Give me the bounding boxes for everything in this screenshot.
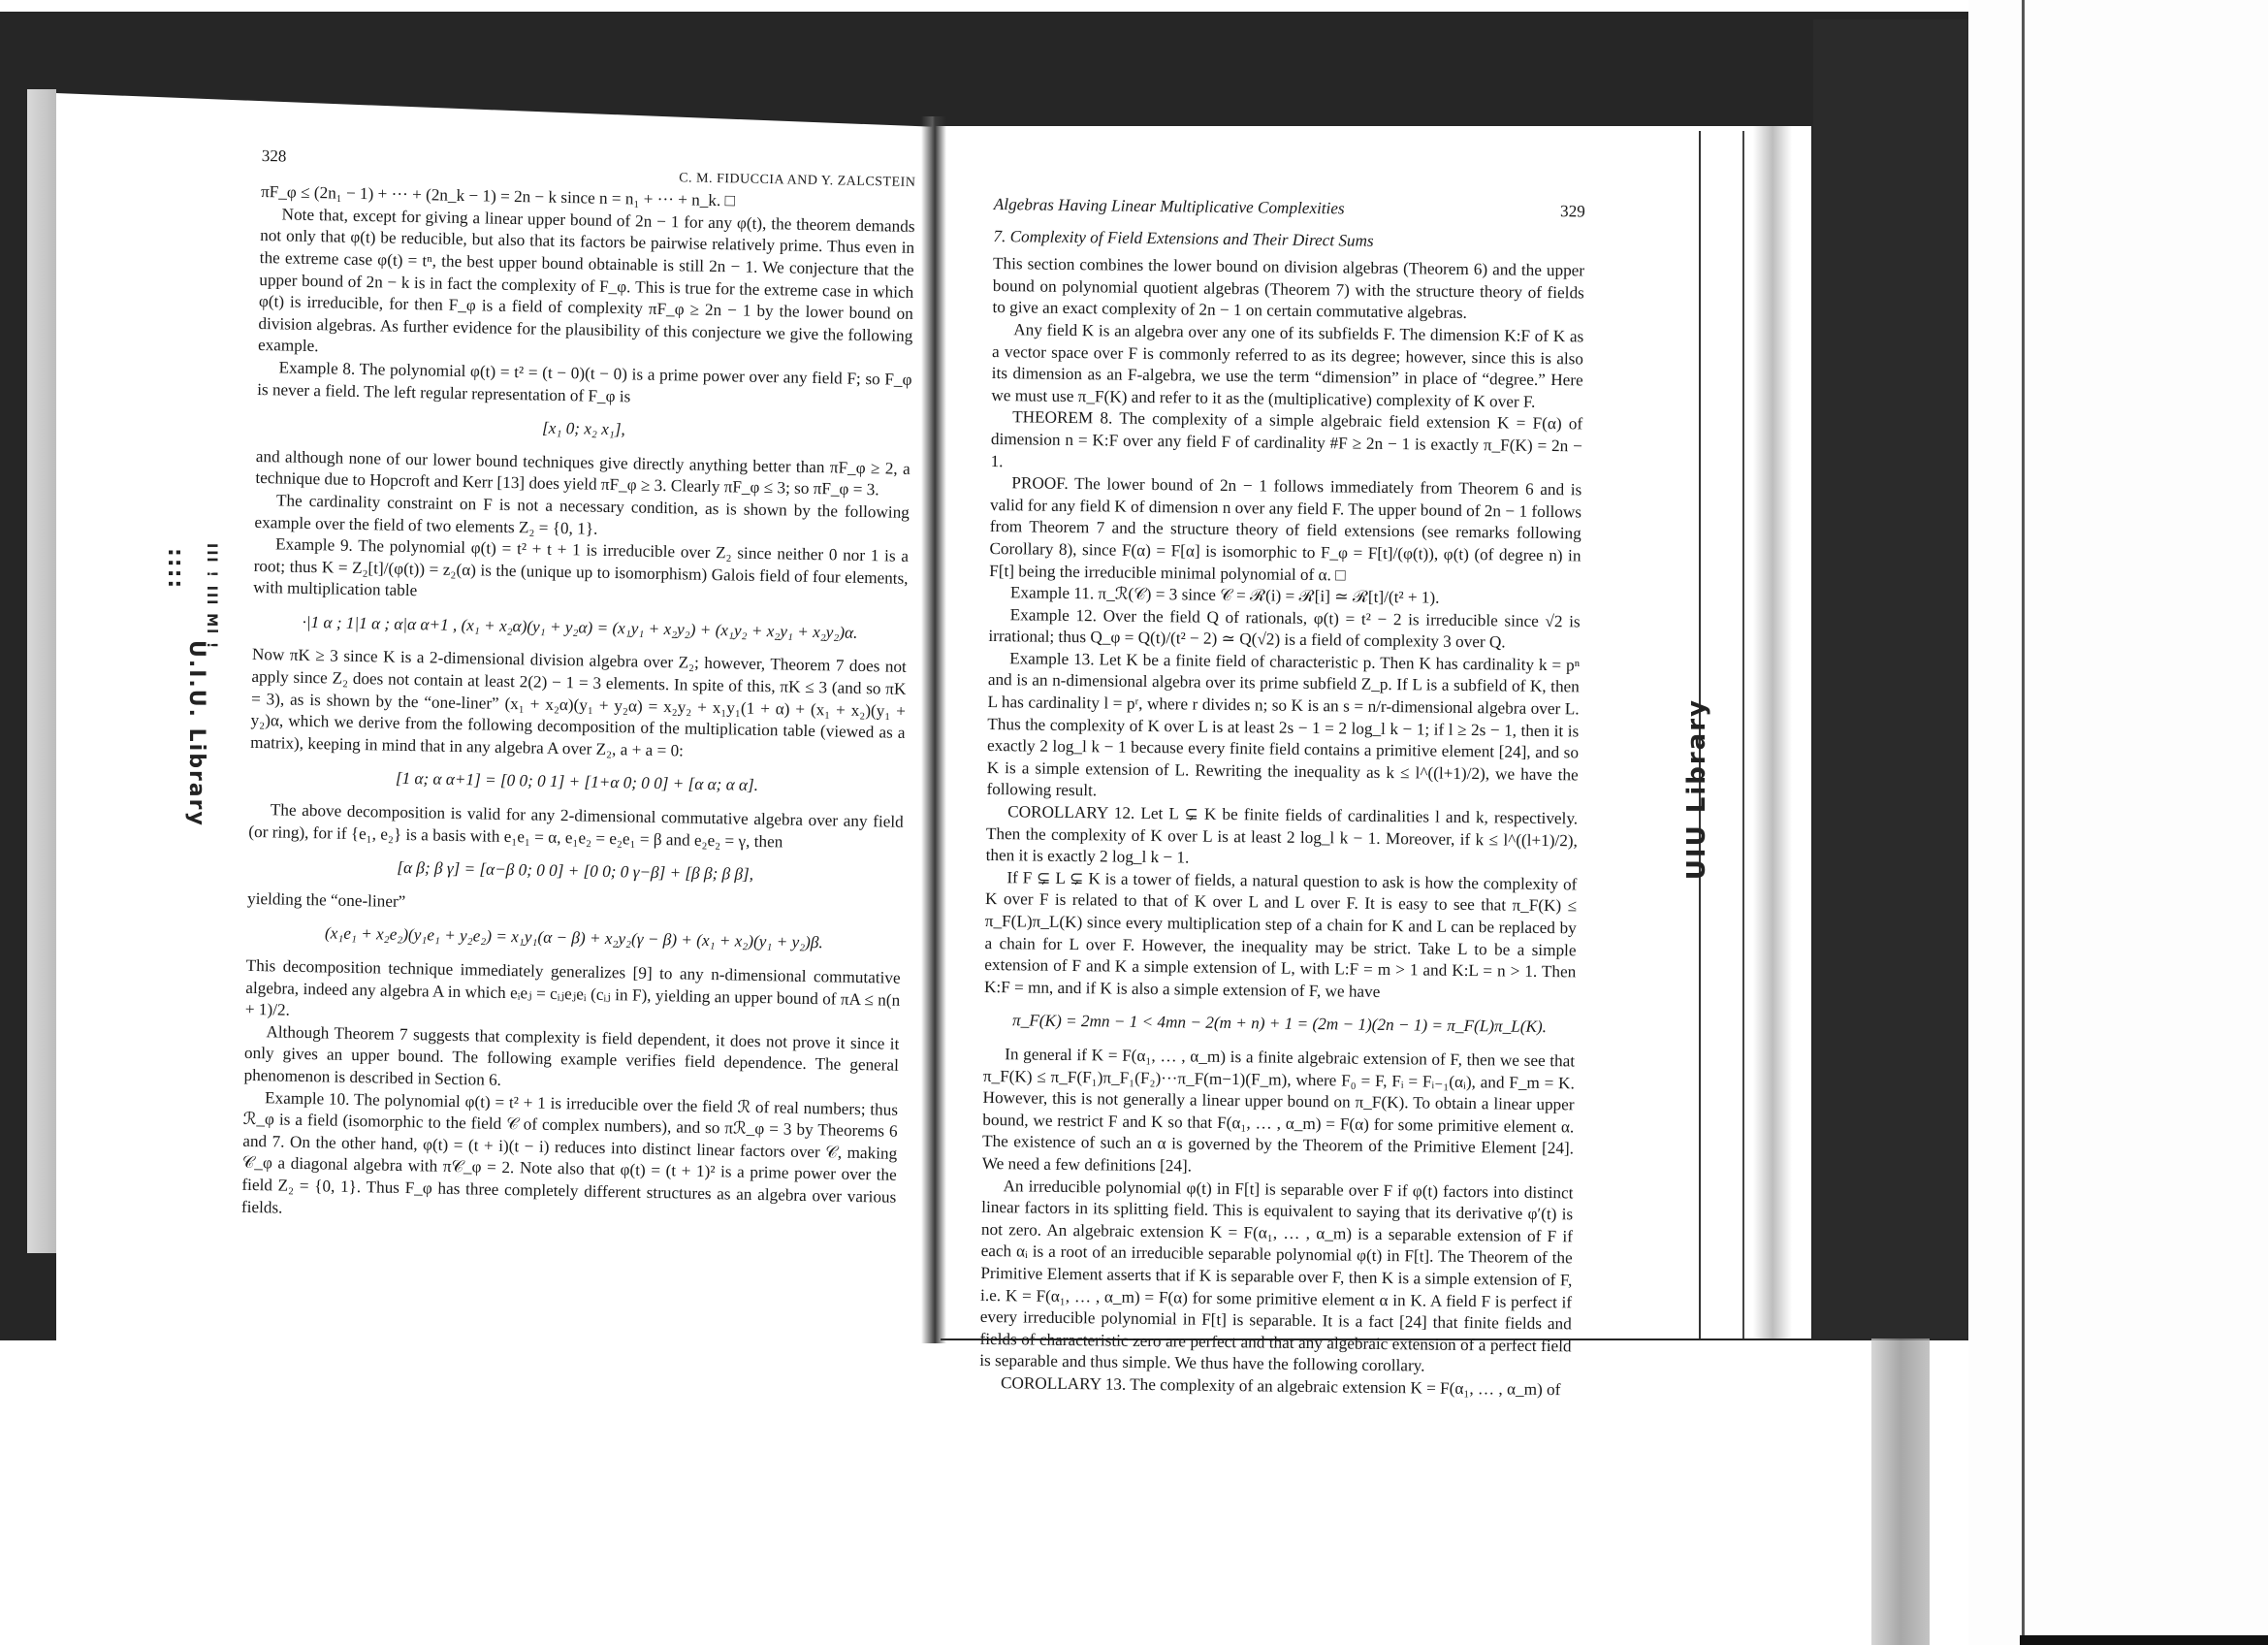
scan-dark-border-right	[1813, 19, 1968, 1339]
book-page-edges-left	[27, 89, 56, 1253]
display-equation: ·|1 α ; 1|1 α ; α|α α+1 , (x₁ + x₂α)(y₁ …	[252, 611, 907, 646]
left-page-body: πF_φ ≤ (2n₁ − 1) + ··· + (2n_k − 1) = 2n…	[241, 181, 915, 1231]
library-stamp: U.I.U. Library	[184, 640, 208, 827]
paragraph: In general if K = F(α₁, … , α_m) is a fi…	[982, 1044, 1576, 1182]
paragraph: This section combines the lower bound on…	[992, 253, 1584, 326]
display-equation: [x₁ 0; x₂ x₁],	[256, 412, 910, 447]
scanner-bottom-bar	[2020, 1635, 2268, 1645]
paragraph: Example 9. The polynomial φ(t) = t² + t …	[253, 533, 909, 612]
scanner-edge-line	[2022, 0, 2025, 1645]
scanner-margin	[1968, 0, 2268, 1645]
library-stamp: ::::	[163, 548, 187, 590]
display-equation: [1 α; α α+1] = [0 0; 0 1] + [1+α 0; 0 0]…	[249, 765, 904, 800]
book-gutter	[921, 116, 946, 1343]
section-heading: 7. Complexity of Field Extensions and Th…	[993, 226, 1584, 255]
paragraph: An irreducible polynomial φ(t) in F[t] i…	[979, 1175, 1573, 1379]
right-page-body: This section combines the lower bound on…	[979, 253, 1584, 1402]
paragraph: THEOREM 8. The complexity of a simple al…	[990, 406, 1582, 479]
paragraph: If F ⊊ L ⊊ K is a tower of fields, a nat…	[984, 867, 1578, 1006]
paragraph: Example 12. Over the field Q of rational…	[988, 604, 1581, 656]
library-stamp: UIU Library	[1682, 698, 1711, 880]
paragraph: COROLLARY 12. Let L ⊊ K be finite fields…	[986, 801, 1579, 874]
running-head: Algebras Having Linear Multiplicative Co…	[994, 194, 1345, 220]
display-equation: (x₁e₁ + x₂e₂)(y₁e₁ + y₂e₂) = x₁y₁(α − β)…	[246, 921, 901, 956]
right-page-text: Algebras Having Linear Multiplicative Co…	[979, 194, 1585, 1402]
display-equation: π_F(K) = 2mn − 1 < 4mn − 2(m + n) + 1 = …	[983, 1010, 1575, 1039]
paragraph: Example 10. The polynomial φ(t) = t² + 1…	[241, 1086, 898, 1230]
left-page-text: 328 C. M. FIDUCCIA AND Y. ZALCSTEIN πF_φ…	[241, 145, 916, 1231]
page-edge-shadow	[1753, 126, 1792, 1339]
paragraph: Example 13. Let K be a finite field of c…	[986, 648, 1580, 809]
paragraph: Note that, except for giving a linear up…	[258, 204, 915, 370]
display-equation: [α β; β γ] = [α−β 0; 0 0] + [0 0; 0 γ−β]…	[248, 855, 903, 889]
paragraph: Although Theorem 7 suggests that complex…	[243, 1021, 899, 1100]
paragraph: This decomposition technique immediately…	[245, 955, 901, 1034]
spine-shadow	[1871, 1339, 1930, 1645]
library-stamp: III ! III Ml !	[204, 543, 219, 650]
page-edge-line	[1742, 131, 1744, 1339]
paragraph: The above decomposition is valid for any…	[248, 799, 904, 855]
paragraph: Now πK ≥ 3 since K is a 2-dimensional di…	[250, 644, 907, 766]
paragraph: PROOF. The lower bound of 2n − 1 follows…	[989, 472, 1581, 589]
paragraph: Any field K is an algebra over any one o…	[991, 319, 1583, 414]
paragraph: yielding the “one-liner”	[247, 888, 902, 923]
page-number: 329	[1560, 201, 1585, 223]
